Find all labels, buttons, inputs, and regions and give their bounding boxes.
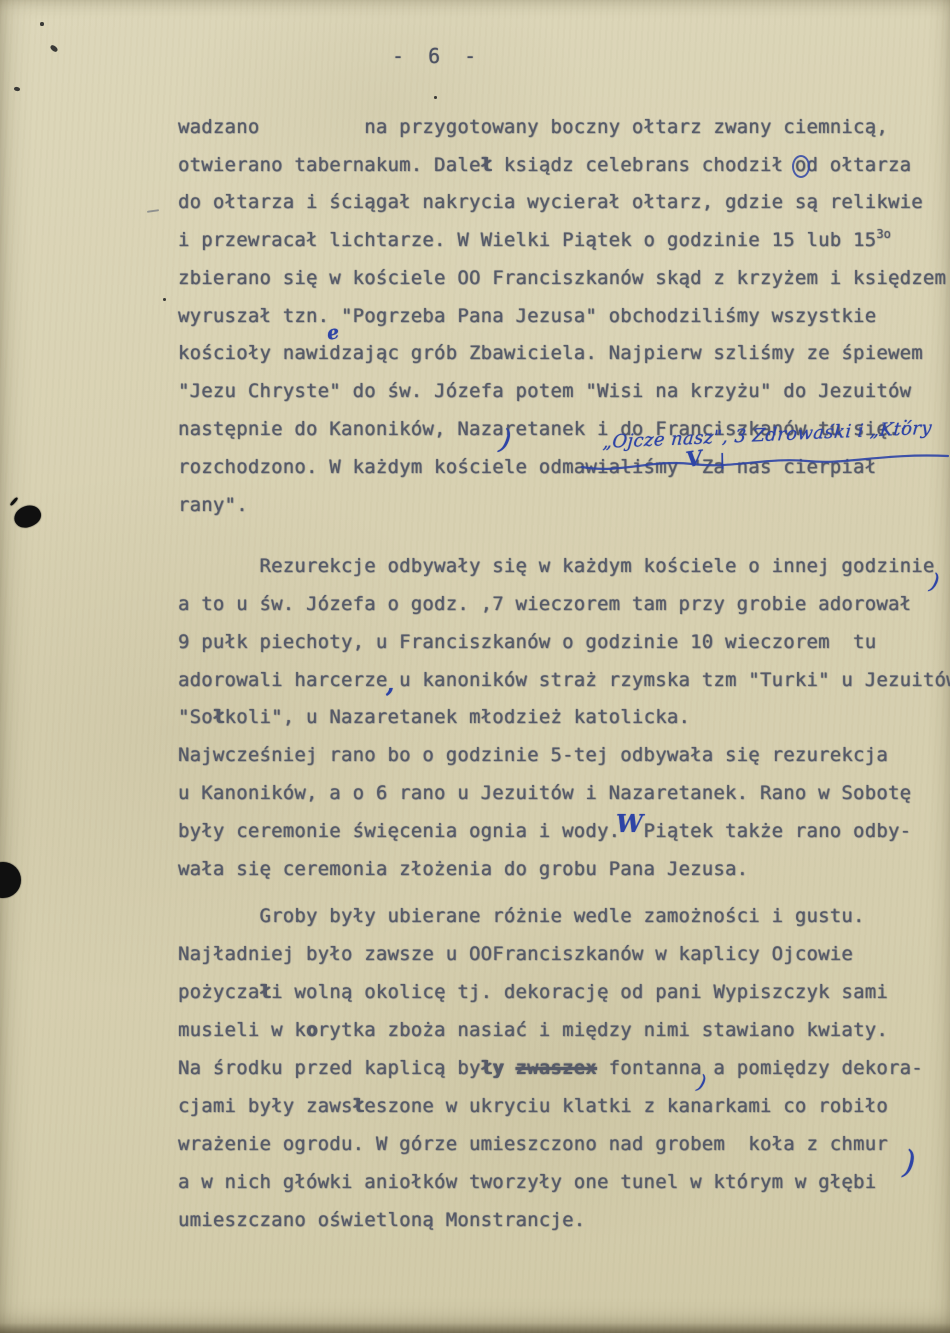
margin-dash bbox=[147, 209, 159, 213]
typewritten-line: cjami były zawsłeszone w ukryciu klatki … bbox=[178, 1092, 888, 1120]
typewritten-line: i przewracał lichtarze. W Wielki Piątek … bbox=[178, 226, 891, 256]
typewritten-line: Na środku przed kaplicą były zwaszex fon… bbox=[178, 1054, 923, 1082]
handwritten-mark: W bbox=[616, 812, 643, 836]
paper-speck bbox=[40, 22, 44, 26]
typewritten-line: "Jezu Chryste" do św. Józefa potem "Wisi… bbox=[178, 377, 911, 405]
typewritten-line: umieszczano oświetloną Monstrancje. bbox=[178, 1206, 585, 1234]
typewritten-line: musieli w korytka zboża nasiać i między … bbox=[178, 1016, 888, 1044]
typewritten-line: kościoły nawidzając grób Zbawiciela. Naj… bbox=[178, 339, 923, 367]
typewritten-line: wadzano na przygotowany boczny ołtarz zw… bbox=[178, 113, 888, 141]
document-page: - 6 - wadzano na przygotowany boczny ołt… bbox=[0, 0, 950, 1333]
typewritten-line: były ceremonie święcenia ognia i wody. P… bbox=[178, 817, 911, 845]
typewritten-line: wrażenie ogrodu. W górze umieszczono nad… bbox=[178, 1130, 888, 1158]
paper-speck bbox=[49, 44, 58, 53]
handwritten-mark: ; bbox=[902, 414, 908, 431]
typewritten-line: rany". bbox=[178, 491, 248, 519]
handwritten-mark: e bbox=[326, 323, 341, 343]
typewritten-line: Groby były ubierane różnie wedle zamożno… bbox=[178, 902, 865, 930]
typewritten-line: otwierano tabernakum. Daleł ksiądz celeb… bbox=[178, 151, 911, 179]
typewritten-line: Rezurekcje odbywały się w każdym kościel… bbox=[178, 552, 935, 580]
typewritten-line: adorowali harcerze u kanoników straż rzy… bbox=[178, 666, 950, 694]
ink-blot bbox=[10, 497, 19, 506]
typewritten-line: Najładniej było zawsze u OOFranciszkanów… bbox=[178, 940, 853, 968]
ink-blot bbox=[11, 501, 45, 532]
handwritten-mark: V bbox=[685, 447, 704, 470]
paper-speck bbox=[434, 96, 437, 99]
page-number: - 6 - bbox=[392, 44, 482, 68]
typewritten-line: Najwcześniej rano bo o godzinie 5-tej od… bbox=[178, 741, 888, 769]
handwritten-mark: , bbox=[386, 672, 394, 696]
typewritten-line: "Sołkoli", u Nazaretanek młodzież katoli… bbox=[178, 703, 690, 731]
typewritten-line: wyruszał tzn. "Pogrzeba Pana Jezusa" obc… bbox=[178, 302, 876, 330]
typewritten-line: zbierano się w kościele OO Franciszkanów… bbox=[178, 264, 946, 292]
paper-speck bbox=[163, 298, 166, 301]
paper-speck bbox=[14, 86, 21, 91]
typewritten-line: rozchodzono. W każdym kościele odmawiali… bbox=[178, 453, 876, 481]
handwritten-mark: ) bbox=[902, 1146, 917, 1179]
typewritten-line: 9 pułk piechoty, u Franciszkanów o godzi… bbox=[178, 628, 876, 656]
typewritten-line: u Kanoników, a o 6 rano u Jezuitów i Naz… bbox=[178, 779, 911, 807]
typewritten-line: wała się ceremonia złożenia do grobu Pan… bbox=[178, 855, 748, 883]
typewritten-line: a to u św. Józefa o godz. ,7 wieczorem t… bbox=[178, 590, 911, 618]
typewritten-line: a w nich główki aniołków tworzyły one tu… bbox=[178, 1168, 876, 1196]
punch-hole bbox=[0, 862, 21, 898]
typewritten-line: do ołtarza i ściągał nakrycia wycierał o… bbox=[178, 188, 923, 216]
typewritten-line: pożyczałi wolną okolicę tj. dekorację od… bbox=[178, 978, 888, 1006]
